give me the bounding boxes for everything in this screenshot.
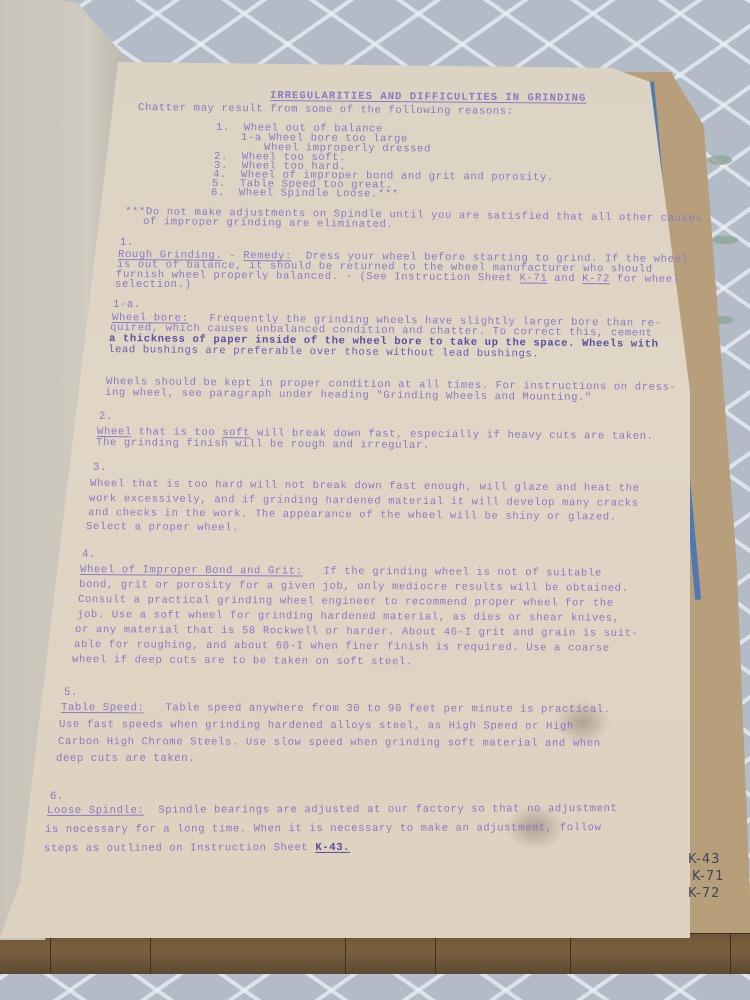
section-number: 4. <box>82 548 96 563</box>
section-number: 3. <box>93 461 107 476</box>
handwritten-ref: K-72 <box>688 887 720 902</box>
section-text: selection.) <box>115 278 192 293</box>
section-text: Use fast speeds when grinding hardened a… <box>59 718 574 734</box>
handwritten-ref: K-43 <box>688 853 720 868</box>
section-text: The grinding finish will be rough and ir… <box>96 436 430 453</box>
section-text: Carbon High Chrome Steels. Use slow spee… <box>58 735 601 751</box>
handwritten-ref: K-71 <box>692 870 724 885</box>
intro-text: Chatter may result from some of the foll… <box>138 101 514 119</box>
warning-line: of improper grinding are eliminated. <box>143 215 394 233</box>
typewritten-document: IRREGULARITIES AND DIFFICULTIES IN GRIND… <box>0 0 750 1000</box>
section-text: lead bushings are preferable over those … <box>108 343 539 362</box>
section-number: 6. <box>50 790 64 805</box>
instruction-sheet-ref: K-72 <box>582 273 610 285</box>
section-number: 2. <box>99 410 113 425</box>
section-text: Select a proper wheel. <box>86 520 239 536</box>
instruction-sheet-ref: K-71 <box>519 273 547 285</box>
section-text: Loose Spindle: Spindle bearings are adju… <box>47 802 618 818</box>
reason-item: 6. Wheel Spindle Loose.*** <box>211 186 399 202</box>
section-text: wheel if deep cuts are to be taken on so… <box>72 653 413 670</box>
section-text: Table Speed: Table speed anywhere from 3… <box>61 701 611 717</box>
section-number: 5. <box>64 686 78 701</box>
section-text: steps as outlined on Instruction Sheet K… <box>44 841 350 857</box>
section-text: deep cuts are taken. <box>56 752 195 767</box>
section-text: is necessary for a long time. When it is… <box>45 821 602 837</box>
instruction-sheet-ref: K-43. <box>315 842 350 854</box>
